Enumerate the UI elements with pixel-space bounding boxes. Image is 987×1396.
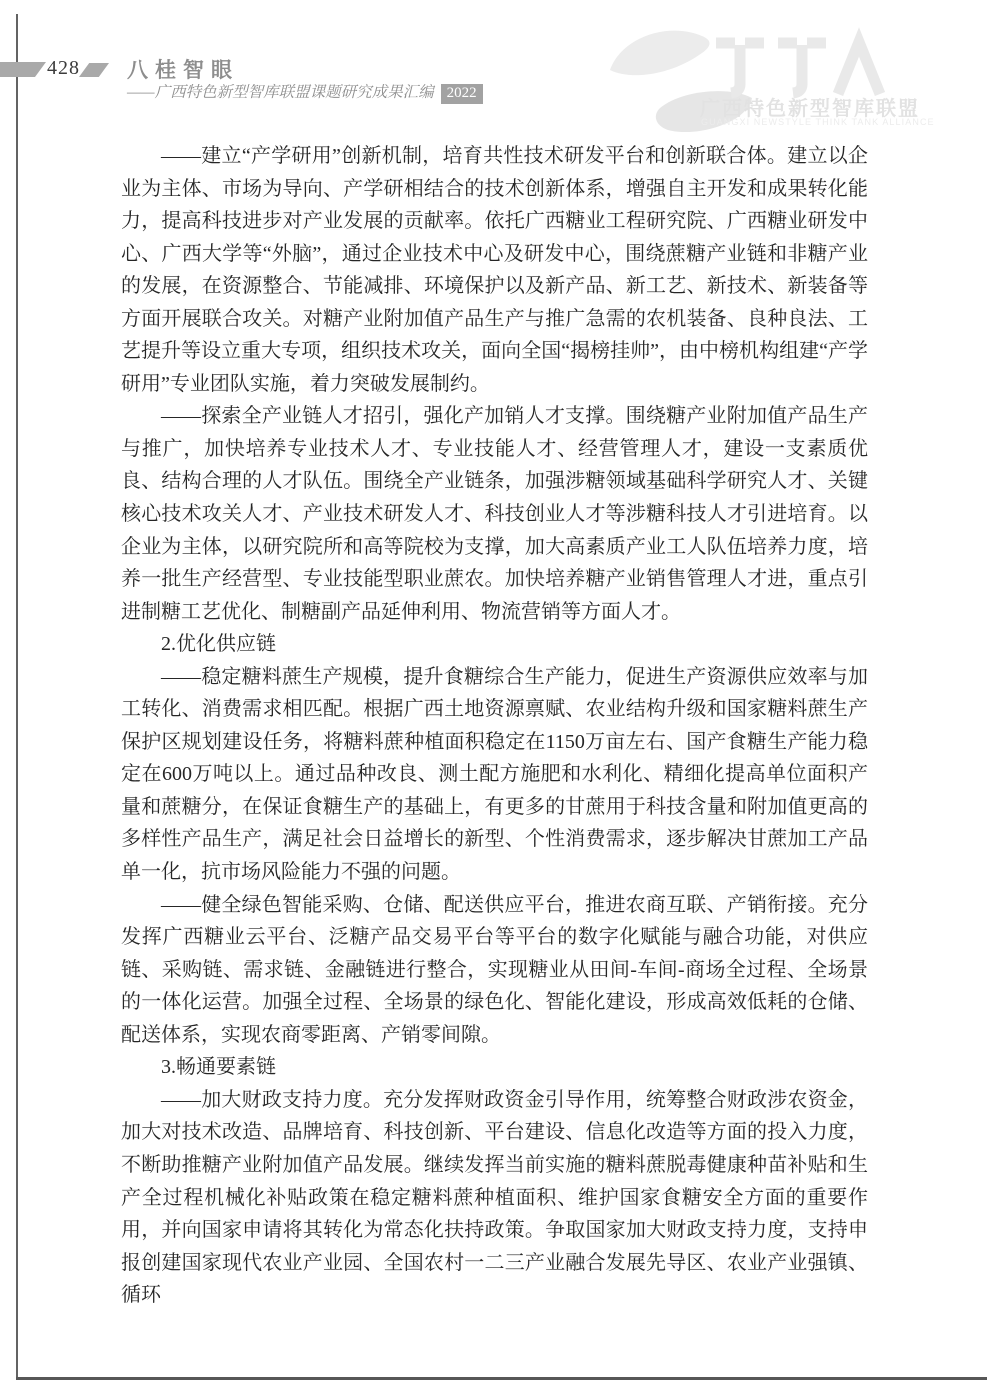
paragraph: ——稳定糖料蔗生产规模，提升食糖综合生产能力，促进生产资源供应效率与加工转化、消…: [121, 661, 868, 889]
section-heading: 2.优化供应链: [121, 628, 868, 661]
paragraph: ——建立“产学研用”创新机制，培育共性技术研发平台和创新联合体。建立以企业为主体…: [121, 140, 868, 400]
year-badge: 2022: [441, 84, 483, 104]
document-page: 广西特色新型智库联盟 GUANGXI NEWSTYLE THINK TANK A…: [0, 0, 987, 1396]
paragraph: ——探索全产业链人才招引，强化产加销人才支撑。围绕糖产业附加值产品生产与推广，加…: [121, 400, 868, 628]
page-border-bottom: [16, 1377, 987, 1380]
swoosh-upper-leaf-icon: [610, 31, 710, 76]
page-number-band: [0, 62, 46, 77]
section-heading: 3.畅通要素链: [121, 1051, 868, 1084]
body-text: ——建立“产学研用”创新机制，培育共性技术研发平台和创新联合体。建立以企业为主体…: [121, 140, 868, 1312]
book-subtitle: ——广西特色新型智库联盟课题研究成果汇编2022: [127, 80, 483, 104]
watermark-org-name-en: GUANGXI NEWSTYLE THINK TANK ALLIANCE: [701, 117, 935, 127]
page-number-accent-icon: [79, 63, 109, 77]
book-subtitle-text: ——广西特色新型智库联盟课题研究成果汇编: [127, 84, 434, 101]
page-number: 428: [47, 57, 80, 80]
paragraph: ——健全绿色智能采购、仓储、配送供应平台，推进农商互联、产销衔接。充分发挥广西糖…: [121, 889, 868, 1052]
tta-letters-icon: [716, 42, 880, 94]
page-border-left: [16, 14, 18, 1378]
paragraph: ——加大财政支持力度。充分发挥财政资金引导作用，统筹整合财政涉农资金，加大对技术…: [121, 1084, 868, 1312]
